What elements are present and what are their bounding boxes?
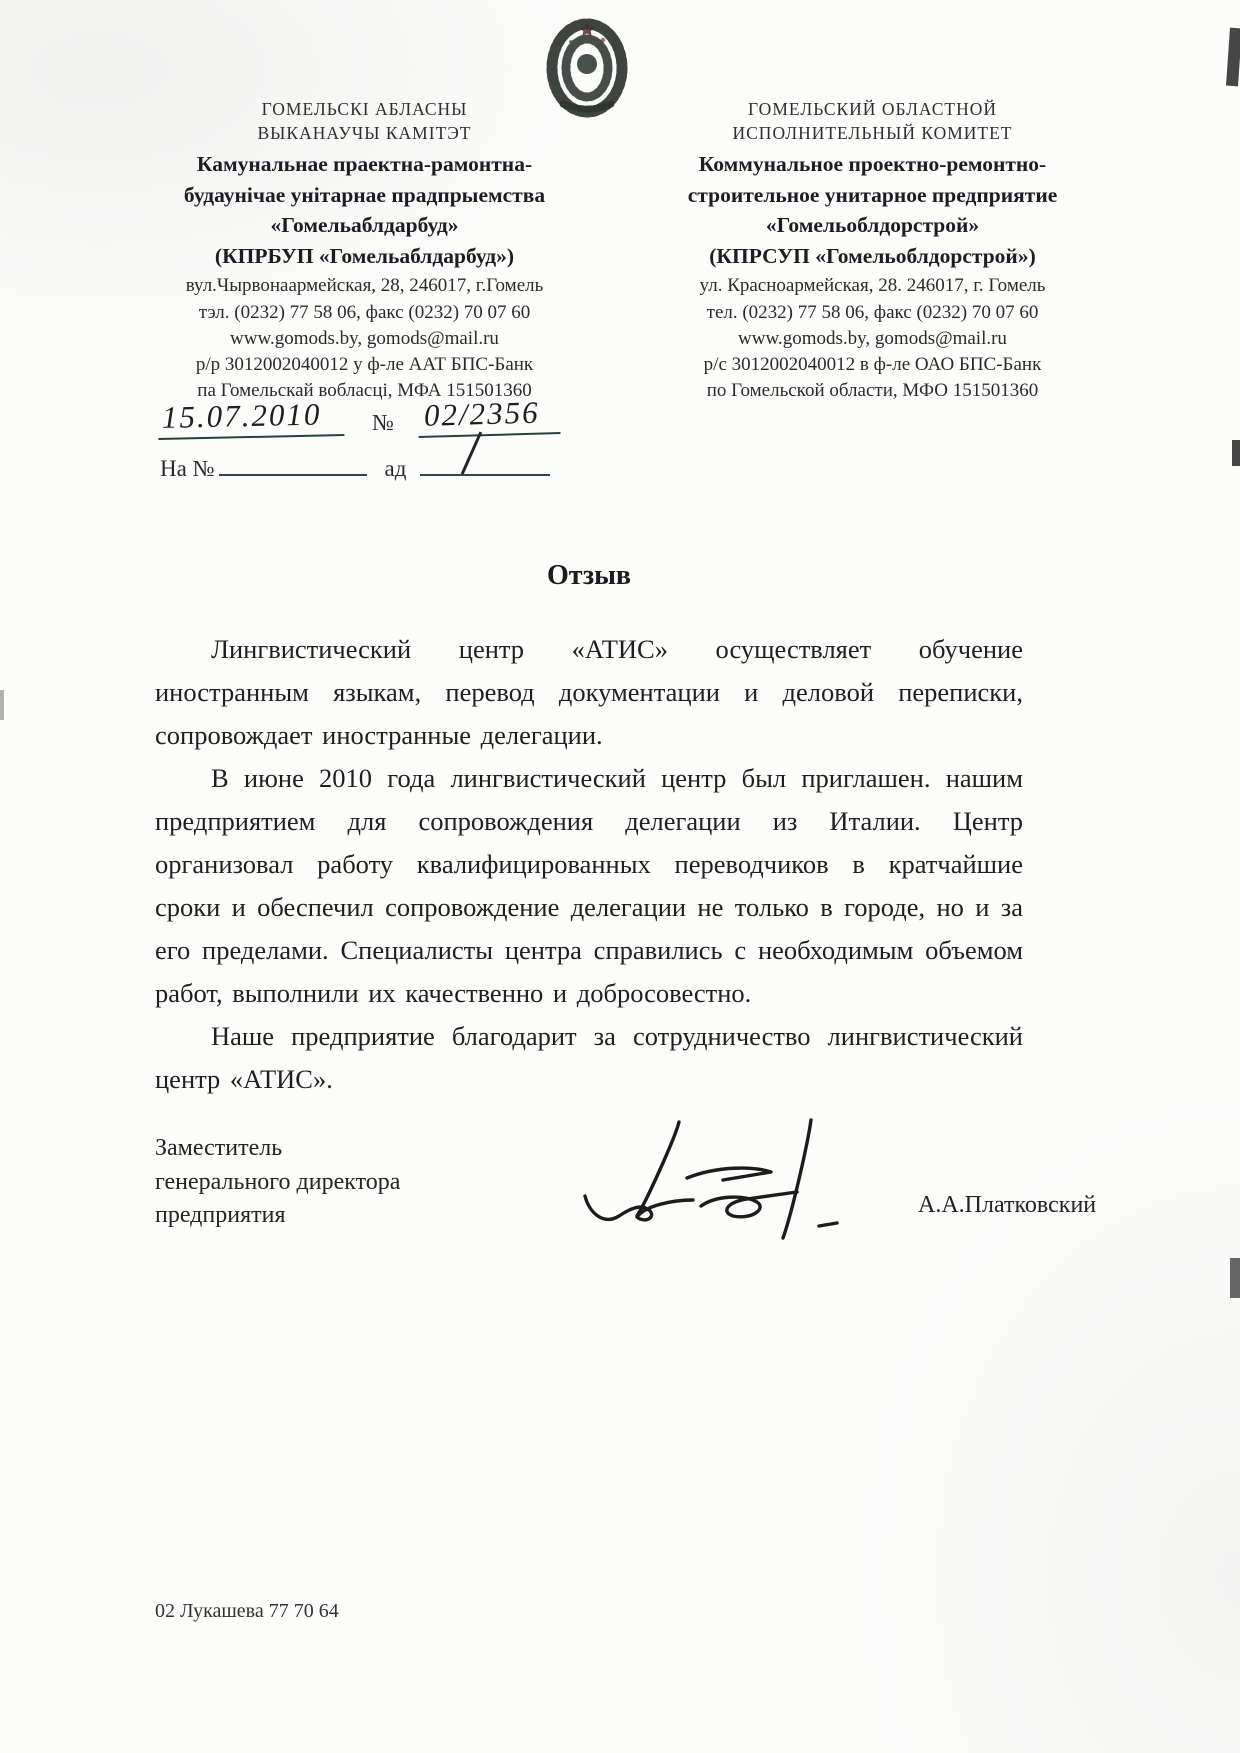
- incoming-date-blank: [420, 448, 550, 476]
- org-phones-by: тэл. (0232) 77 58 06, факс (0232) 70 07 …: [112, 300, 617, 326]
- committee-name-by-line2: ВЫКАНАУЧЫ КАМІТЭТ: [112, 122, 617, 146]
- number-sign: №: [372, 410, 394, 436]
- letterhead-left-column: ГОМЕЛЬСКІ АБЛАСНЫ ВЫКАНАУЧЫ КАМІТЭТ Каму…: [112, 98, 617, 404]
- org-account-ru: р/с 3012002040012 в ф-ле ОАО БПС-Банк: [625, 352, 1120, 378]
- paragraph-3: Наше предприятие благодарит за сотруднич…: [155, 1015, 1023, 1101]
- org-phones-ru: тел. (0232) 77 58 06, факс (0232) 70 07 …: [625, 300, 1120, 326]
- org-name-by-line1: Камунальнае праектна-рамонтна-: [112, 149, 617, 180]
- scanned-letter-page: ГОМЕЛЬСКІ АБЛАСНЫ ВЫКАНАУЧЫ КАМІТЭТ Каму…: [0, 0, 1240, 1753]
- paragraph-2: В июне 2010 года лингвистический центр б…: [155, 757, 1023, 1015]
- org-name-ru-line2: строительное унитарное предприятие: [625, 180, 1120, 211]
- committee-name-ru-line2: ИСПОЛНИТЕЛЬНЫЙ КОМИТЕТ: [625, 122, 1120, 146]
- paragraph-1: Лингвистический центр «АТИС» осуществляе…: [155, 628, 1023, 757]
- org-web-by: www.gomods.by, gomods@mail.ru: [112, 326, 617, 352]
- scan-artifact: [1226, 28, 1240, 87]
- org-address-ru: ул. Красноармейская, 28. 246017, г. Гоме…: [625, 273, 1120, 299]
- signer-position-line3: предприятия: [155, 1199, 475, 1233]
- signer-position-line1: Заместитель: [155, 1132, 475, 1166]
- org-abbr-ru: (КПРСУП «Гомельоблдорстрой»): [625, 241, 1120, 272]
- incoming-number-label: На №: [160, 456, 215, 481]
- org-account-by: р/р 3012002040012 у ф-ле ААТ БПС-Банк: [112, 352, 617, 378]
- org-region-ru: по Гомельской области, МФО 151501360: [625, 378, 1120, 404]
- org-name-ru-line1: Коммунальное проектно-ремонтно-: [625, 149, 1120, 180]
- incoming-date-label: ад: [385, 456, 407, 481]
- org-address-by: вул.Чырвонаармейская, 28, 246017, г.Гоме…: [112, 273, 617, 299]
- org-web-ru: www.gomods.by, gomods@mail.ru: [625, 326, 1120, 352]
- incoming-number-blank: [219, 448, 367, 476]
- signer-position: Заместитель генерального директора предп…: [155, 1132, 475, 1233]
- signer-position-line2: генерального директора: [155, 1166, 475, 1200]
- executor-note: 02 Лукашева 77 70 64: [155, 1600, 339, 1623]
- scan-artifact: [1232, 440, 1240, 466]
- org-brand-by: «Гомельаблдарбуд»: [112, 210, 617, 241]
- org-abbr-by: (КПРБУП «Гомельаблдарбуд»): [112, 241, 617, 272]
- signer-name: А.А.Платковский: [918, 1192, 1096, 1219]
- letterhead-right-column: ГОМЕЛЬСКИЙ ОБЛАСТНОЙ ИСПОЛНИТЕЛЬНЫЙ КОМИ…: [625, 98, 1120, 404]
- incoming-reference-line: На № ад: [160, 448, 600, 488]
- handwritten-signature: [575, 1108, 855, 1248]
- letter-body: Лингвистический центр «АТИС» осуществляе…: [155, 628, 1023, 1101]
- org-brand-ru: «Гомельоблдорстрой»: [625, 210, 1120, 241]
- org-name-by-line2: будаунічае унітарнае прадпрыемства: [112, 180, 617, 211]
- committee-name-ru-line1: ГОМЕЛЬСКИЙ ОБЛАСТНОЙ: [625, 98, 1120, 122]
- scan-artifact: [1230, 1258, 1240, 1298]
- handwritten-date: 15.07.2010: [158, 396, 345, 440]
- scan-artifact: [0, 690, 4, 720]
- handwritten-number: 02/2356: [417, 394, 560, 438]
- committee-name-by-line1: ГОМЕЛЬСКІ АБЛАСНЫ: [112, 98, 617, 122]
- document-title: Отзыв: [155, 560, 1023, 592]
